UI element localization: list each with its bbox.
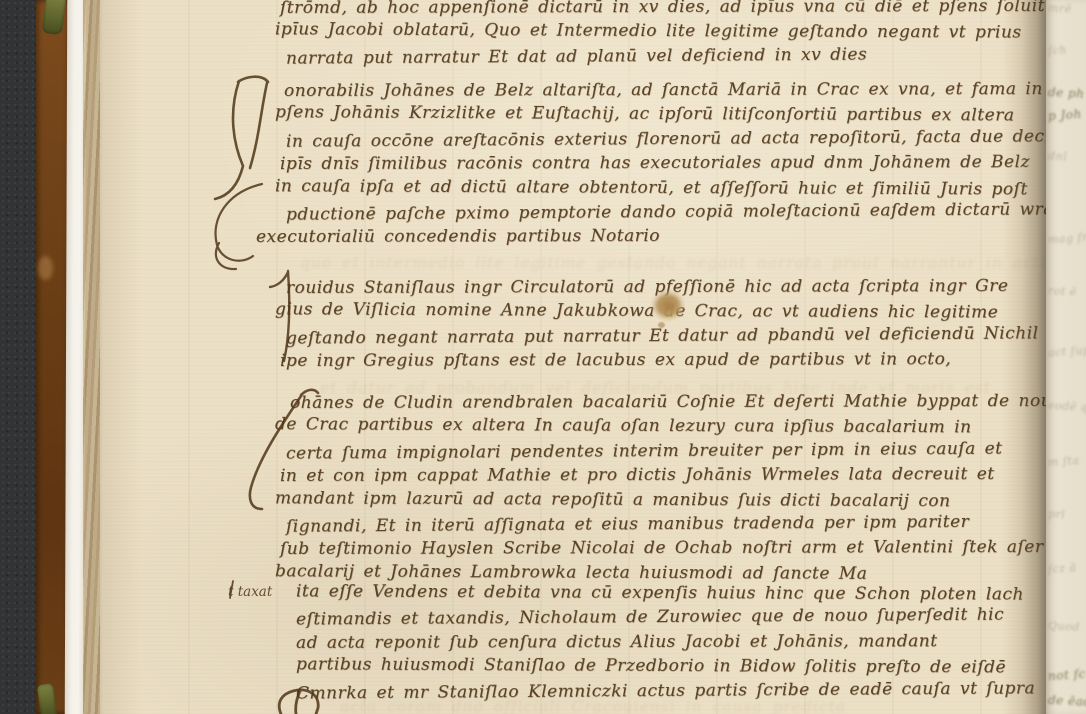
- manuscript-line: executorialiū concedendis partibus Notar…: [256, 223, 1046, 250]
- ghost-line: et datur ad probandum vel deficiendum pa…: [320, 379, 991, 397]
- page-text-clip: ſtrōmd, ab hoc appenſionē dictarū in xv …: [0, 0, 1046, 714]
- facing-page-fragment: de ph: [1048, 85, 1085, 101]
- facing-page-fragment: Quod: [1048, 619, 1080, 634]
- manuscript-line: in et con ipm cappat Mathie et pro dicti…: [280, 462, 1046, 488]
- initial-h-flourish: [215, 77, 268, 199]
- manuscript-line: ſub teſtimonio Hayslen Scribe Nicolai de…: [280, 535, 1046, 561]
- manuscript-line: ipīs dnīs ſimilibus racōnis contra has e…: [280, 150, 1046, 176]
- manuscript-line: onorabilis Johānes de Belz altariſta, ad…: [284, 77, 1046, 103]
- facing-page-fragment: mrē: [1048, 1, 1072, 15]
- facing-page-fragment: rot ē: [1048, 284, 1077, 298]
- manuscript-text: ſtrōmd, ab hoc appenſionē dictarū in xv …: [280, 0, 1046, 714]
- facing-page-fragment: ſcz ā: [1048, 561, 1077, 576]
- facing-page-fragment: dnī: [1048, 150, 1068, 164]
- entry-honorabilis-johannes-de-belz: onorabilis Johānes de Belz altariſta, ad…: [280, 78, 1046, 249]
- facing-page: mrēſchde php Johdnīmag ſrrot ēact ſupeod…: [1046, 0, 1086, 714]
- facing-page-fragment: not ſc: [1048, 667, 1086, 684]
- facing-page-fragment: p Joh: [1048, 107, 1083, 123]
- facing-page-fragment: ſch: [1048, 43, 1068, 57]
- manuscript-line: ipe ingr Gregius pſtans est de lacubus e…: [280, 347, 1039, 373]
- facing-page-fragment: mag ſr: [1048, 231, 1086, 247]
- ghost-line: acta coram dno officiali Cracouiensi in …: [340, 698, 846, 714]
- margin-note-taxat: t taxat: [228, 584, 272, 600]
- manuscript-line: narrata put narratur Et dat ad planū vel…: [286, 41, 1045, 71]
- facing-page-fragment: de ēad: [1048, 693, 1086, 709]
- facing-page-fragment: m ſta: [1048, 454, 1080, 469]
- ghost-line: quo et intermedio lite legitime gestando…: [300, 254, 1046, 272]
- gutter-shadow: [1002, 0, 1046, 714]
- facing-page-fragment: prl: [1048, 508, 1066, 522]
- manuscript-line: ad acta reponit ſub cenſura dictus Alius…: [296, 629, 1035, 655]
- manuscript-scan: ſtrōmd, ab hoc appenſionē dictarū in xv …: [0, 0, 1086, 714]
- manuscript-line: eſtimandis et taxandis, Nicholaum de Zur…: [296, 603, 1035, 633]
- entry-fragment-top: ſtrōmd, ab hoc appenſionē dictarū in xv …: [280, 0, 1045, 68]
- facing-page-fragment: eodē q: [1048, 399, 1086, 414]
- entry-taxat-note: t taxatita eſſe Vendens et debita vna cū…: [280, 581, 1035, 703]
- manuscript-line: partibus huiusmodi Staniſlao de Przedbor…: [296, 653, 1035, 681]
- entry-johannes-de-cludin: ohānes de Cludin arendbralen bacalariū C…: [280, 390, 1046, 585]
- facing-page-fragment: act ſup: [1048, 344, 1086, 360]
